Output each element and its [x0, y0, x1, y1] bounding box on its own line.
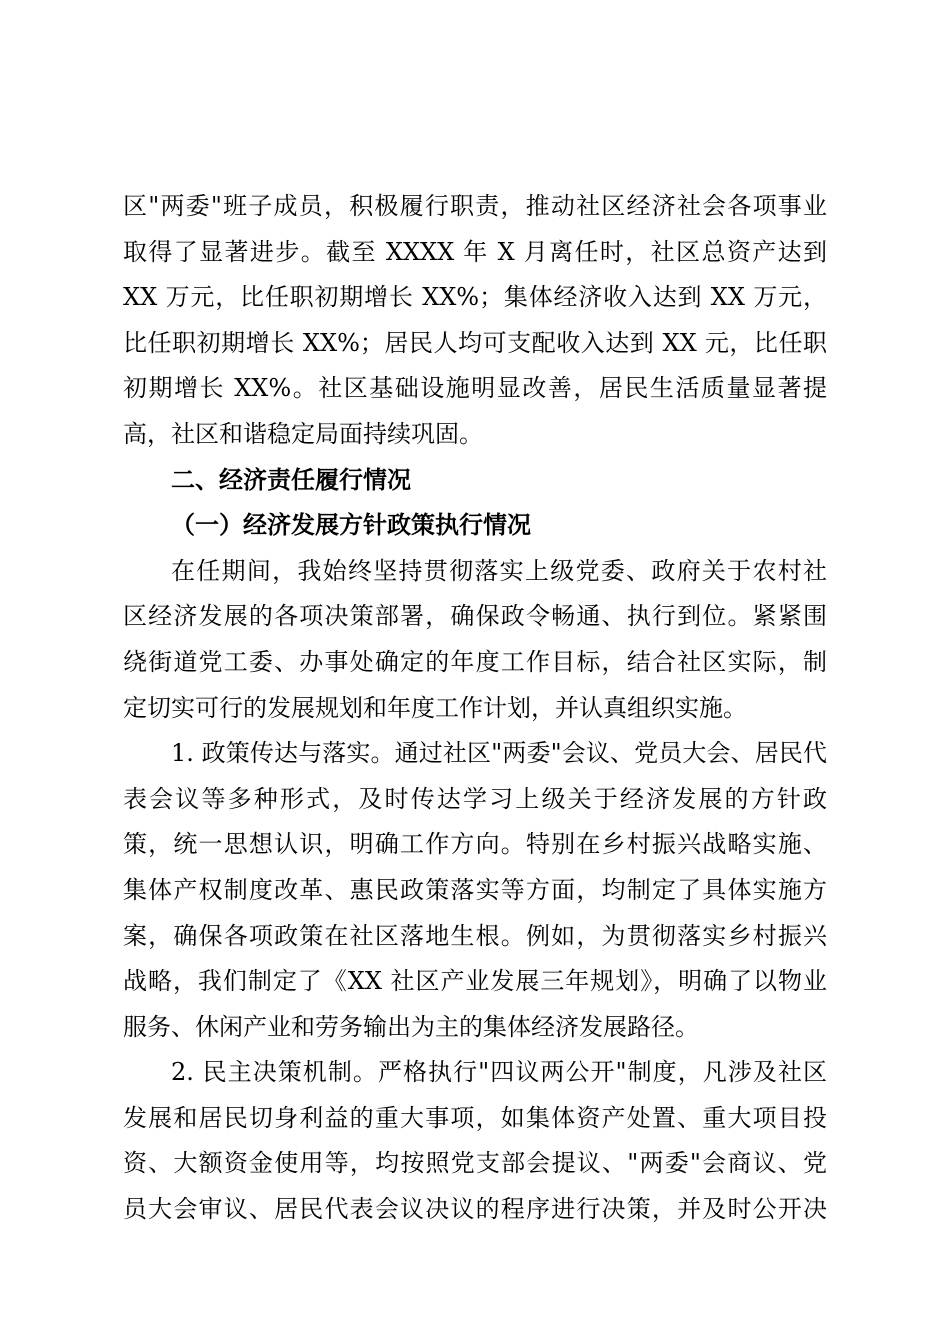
text-line: 区经济发展的各项决策部署，确保政令畅通、执行到位。紧紧围	[123, 594, 827, 640]
document-body: 区"两委"班子成员，积极履行职责，推动社区经济社会各项事业 取得了显著进步。截至…	[0, 0, 950, 1233]
text-line: 高，社区和谐稳定局面持续巩固。	[123, 412, 827, 458]
text-line: 策，统一思想认识，明确工作方向。特别在乡村振兴战略实施、	[123, 822, 827, 868]
text-line: 案，确保各项政策在社区落地生根。例如，为贯彻落实乡村振兴	[123, 914, 827, 960]
text-line: 员大会审议、居民代表会议决议的程序进行决策，并及时公开决	[123, 1187, 827, 1233]
section-heading: 二、经济责任履行情况	[123, 458, 827, 504]
text-line: 表会议等多种形式，及时传达学习上级关于经济发展的方针政	[123, 777, 827, 823]
text-line: 资、大额资金使用等，均按照党支部会提议、"两委"会商议、党	[123, 1141, 827, 1187]
text-line: 在任期间，我始终坚持贯彻落实上级党委、政府关于农村社	[123, 549, 827, 595]
subsection-heading: （一）经济发展方针政策执行情况	[123, 503, 827, 549]
paragraph-item-1-policy-transmission: 1. 政策传达与落实。通过社区"两委"会议、党员大会、居民代 表会议等多种形式，…	[123, 731, 827, 1050]
paragraph-achievements: 区"两委"班子成员，积极履行职责，推动社区经济社会各项事业 取得了显著进步。截至…	[123, 184, 827, 458]
text-line: XX 万元，比任职初期增长 XX%；集体经济收入达到 XX 万元，	[123, 275, 827, 321]
paragraph-item-2-democratic-decision: 2. 民主决策机制。严格执行"四议两公开"制度，凡涉及社区 发展和居民切身利益的…	[123, 1050, 827, 1232]
document-page: 区"两委"班子成员，积极履行职责，推动社区经济社会各项事业 取得了显著进步。截至…	[0, 0, 950, 1344]
text-line: 定切实可行的发展规划和年度工作计划，并认真组织实施。	[123, 686, 827, 732]
text-line: 集体产权制度改革、惠民政策落实等方面，均制定了具体实施方	[123, 868, 827, 914]
paragraph-policy-overview: 在任期间，我始终坚持贯彻落实上级党委、政府关于农村社 区经济发展的各项决策部署，…	[123, 549, 827, 731]
text-line: 绕街道党工委、办事处确定的年度工作目标，结合社区实际，制	[123, 640, 827, 686]
text-line: 取得了显著进步。截至 XXXX 年 X 月离任时，社区总资产达到	[123, 230, 827, 276]
text-line: 初期增长 XX%。社区基础设施明显改善，居民生活质量显著提	[123, 366, 827, 412]
text-line: 服务、休闲产业和劳务输出为主的集体经济发展路径。	[123, 1005, 827, 1051]
text-line: 2. 民主决策机制。严格执行"四议两公开"制度，凡涉及社区	[123, 1050, 827, 1096]
text-line: 区"两委"班子成员，积极履行职责，推动社区经济社会各项事业	[123, 184, 827, 230]
text-line: 战略，我们制定了《XX 社区产业发展三年规划》，明确了以物业	[123, 959, 827, 1005]
text-line: 发展和居民切身利益的重大事项，如集体资产处置、重大项目投	[123, 1096, 827, 1142]
text-line: 比任职初期增长 XX%；居民人均可支配收入达到 XX 元，比任职	[123, 321, 827, 367]
text-line: 1. 政策传达与落实。通过社区"两委"会议、党员大会、居民代	[123, 731, 827, 777]
